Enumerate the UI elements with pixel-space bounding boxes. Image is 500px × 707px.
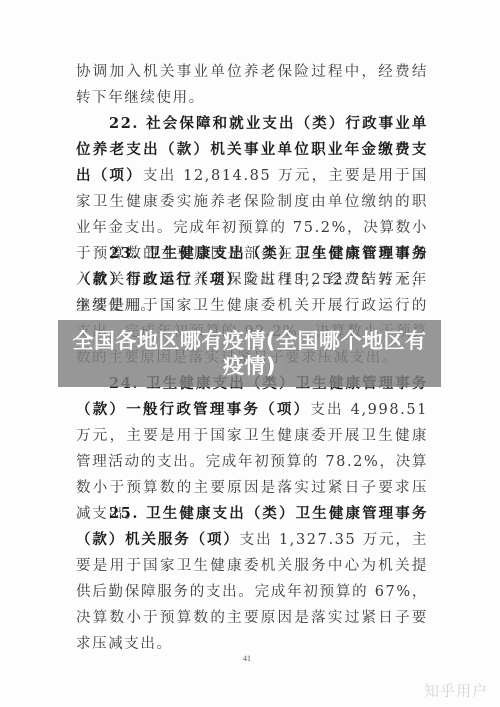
intro-paragraph: 协调加入机关事业单位养老保险过程中，经费结转下年继续使用。 [76, 59, 428, 111]
watermark: 知乎用户 [424, 680, 488, 701]
document-page: 协调加入机关事业单位养老保险过程中，经费结转下年继续使用。 22. 社会保障和就… [0, 0, 500, 707]
page-number: 41 [243, 654, 251, 663]
overlay-title[interactable]: 全国各地区哪有疫情(全国哪个地区有疫情) [64, 329, 435, 379]
title-overlay-banner[interactable]: 全国各地区哪有疫情(全国哪个地区有疫情) [58, 320, 441, 387]
item-25-paragraph: 25. 卫生健康支出（类）卫生健康管理事务（款）机关服务（项）支出 1,327.… [76, 501, 428, 657]
intro-text: 协调加入机关事业单位养老保险过程中，经费结转下年继续使用。 [76, 59, 428, 111]
item-25-body: 支出 1,327.35 万元，主要是用于国家卫生健康委机关服务中心为机关提供后勤… [76, 532, 428, 652]
